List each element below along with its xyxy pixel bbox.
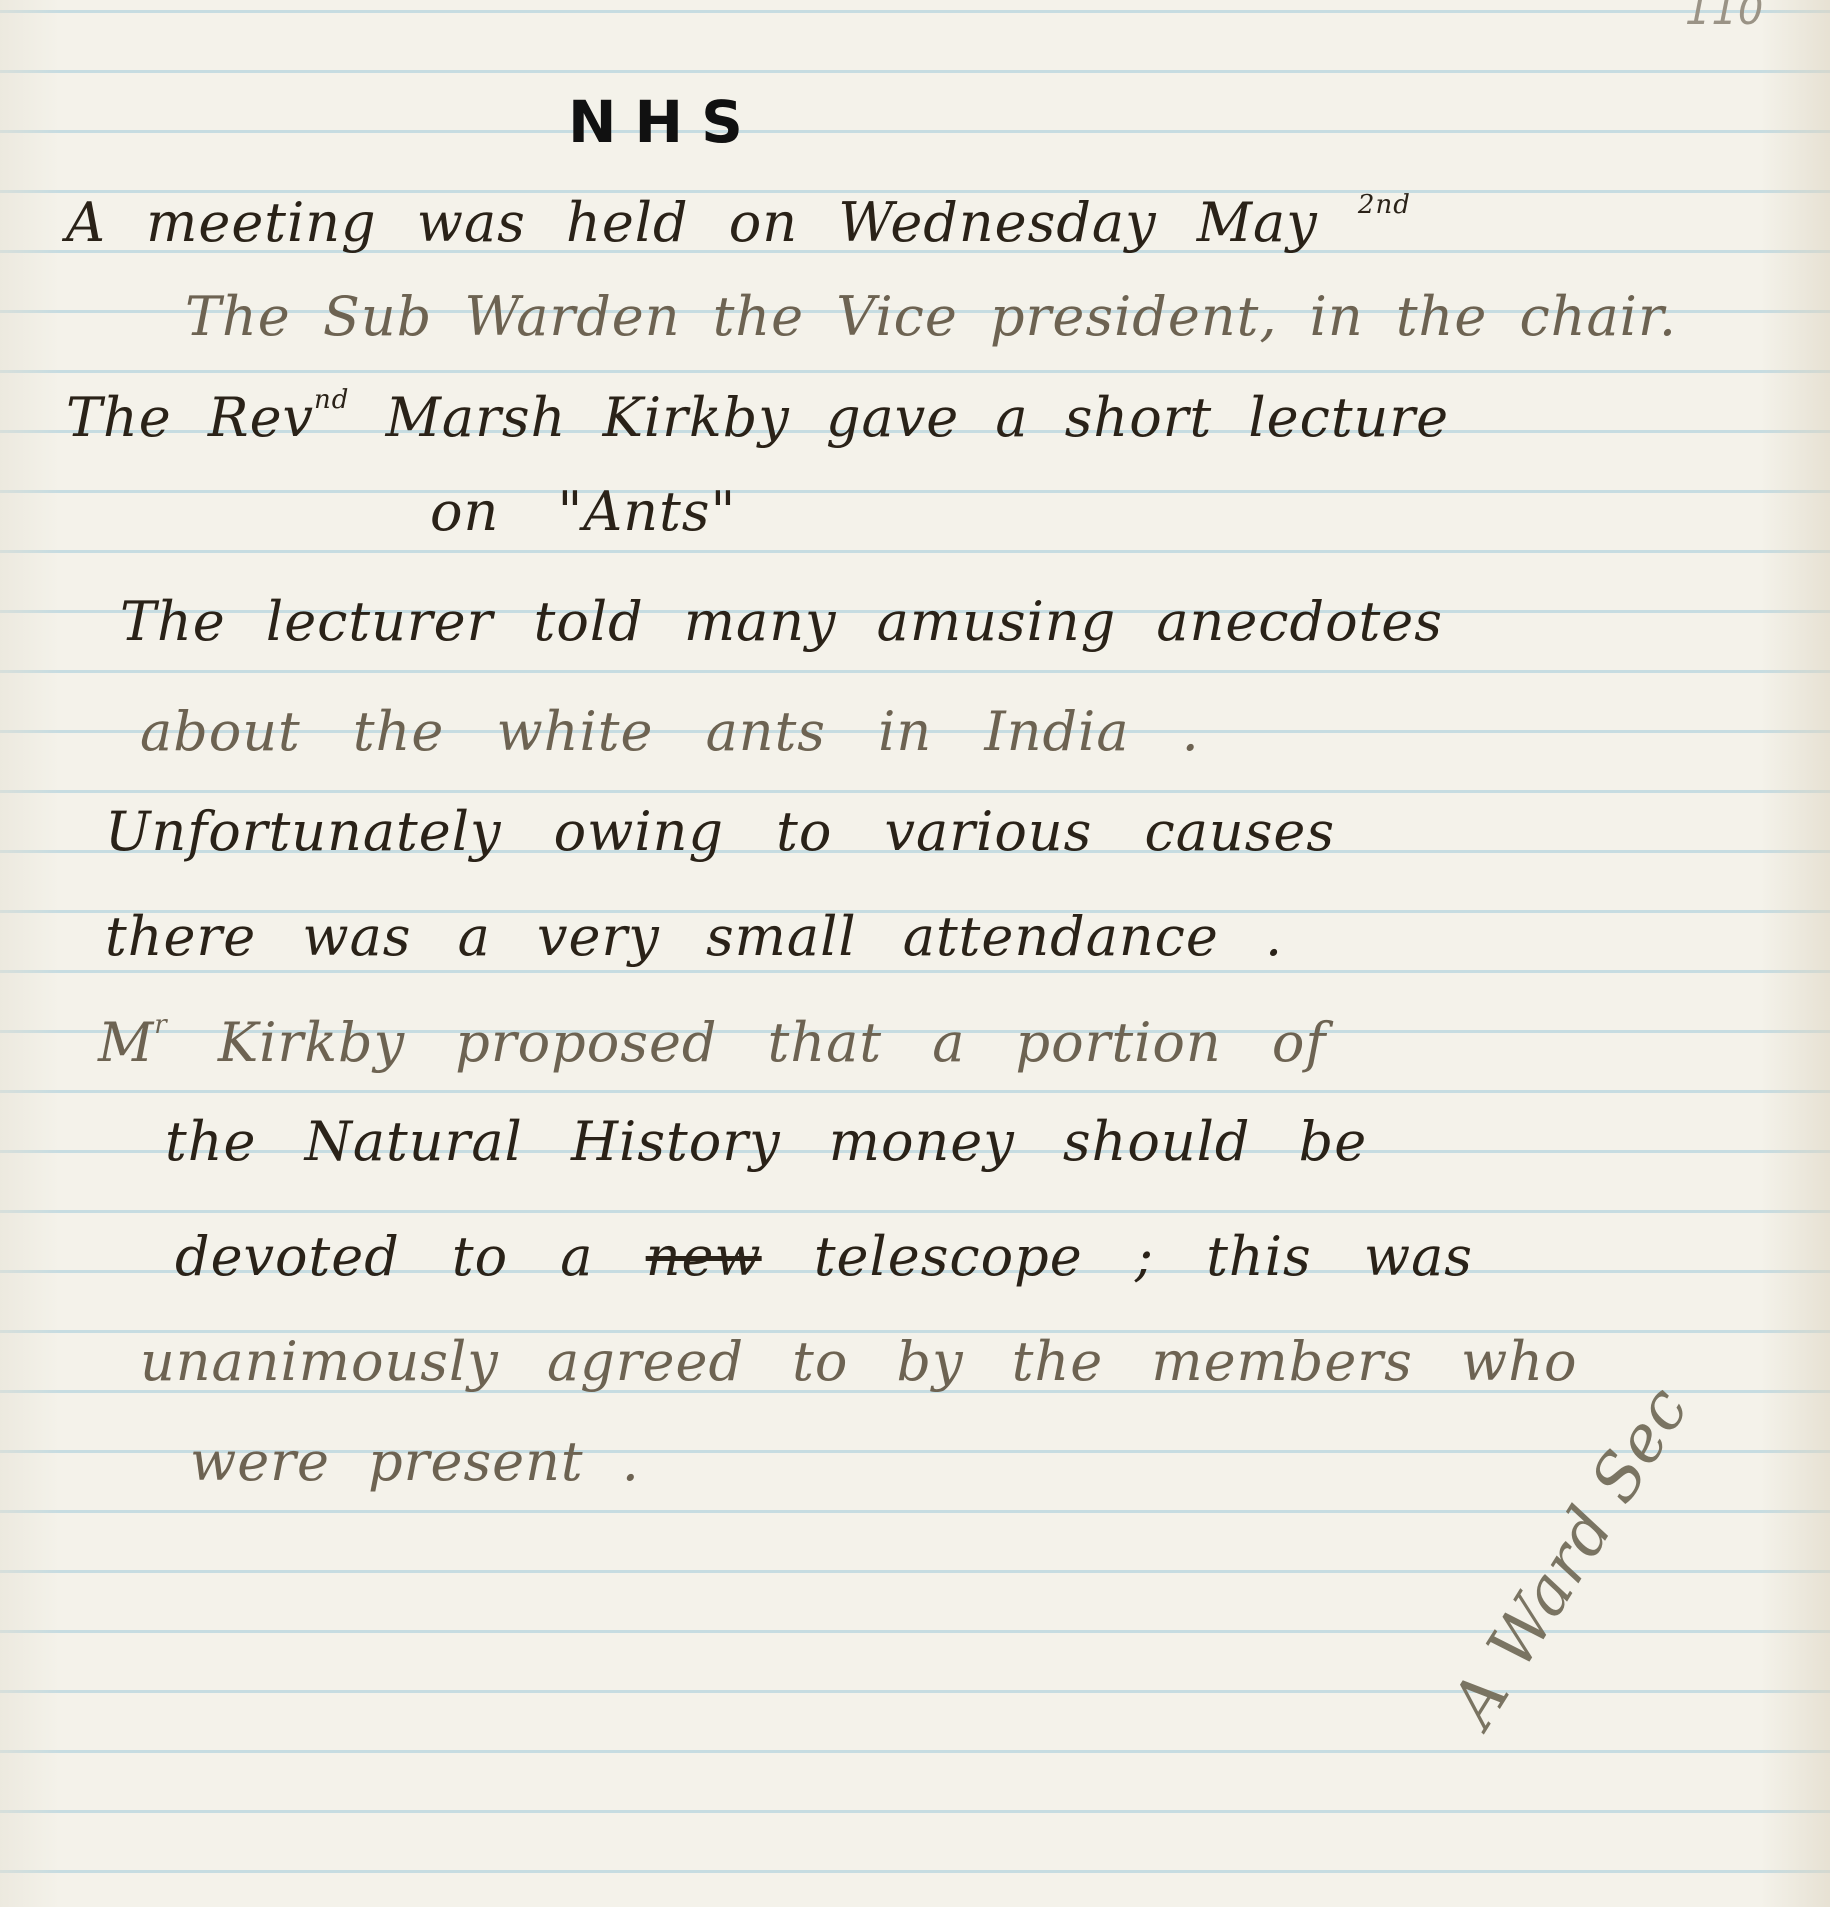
minutes-line-6: about the white ants in India . (140, 700, 1200, 763)
page-heading: NHS (568, 88, 761, 156)
line-text: The Sub Warden the Vice president, in th… (185, 285, 1677, 348)
minutes-line-11: devoted to a new telescope ; this was (175, 1225, 1473, 1288)
line-text: The lecturer told many amusing anecdotes (120, 590, 1443, 653)
line-text-after: telescope ; this was (814, 1225, 1473, 1288)
line-text: about the white ants in India . (140, 700, 1200, 763)
minutes-line-5: The lecturer told many amusing anecdotes (120, 590, 1443, 653)
line-text: Kirkby proposed that a portion of (218, 1011, 1326, 1074)
struck-word: new (646, 1225, 762, 1288)
minutes-line-7: Unfortunately owing to various causes (105, 800, 1335, 863)
minutes-line-8: there was a very small attendance . (105, 905, 1283, 968)
notebook-page: 110 NHS A meeting was held on Wednesday … (0, 0, 1830, 1907)
line-prefix: M (98, 1011, 154, 1074)
minutes-line-10: the Natural History money should be (165, 1110, 1367, 1173)
minutes-line-2: The Sub Warden the Vice president, in th… (185, 285, 1677, 348)
secretary-signature: A Ward Sec (1437, 1374, 1703, 1739)
line-text: A meeting was held on Wednesday May (66, 191, 1318, 254)
line-text: devoted to a (175, 1225, 594, 1288)
superscript: r (154, 1010, 167, 1040)
line-prefix: The Rev (66, 386, 314, 449)
line-text: Unfortunately owing to various causes (105, 800, 1335, 863)
minutes-line-9: Mr Kirkby proposed that a portion of (98, 1010, 1326, 1074)
line-text: unanimously agreed to by the members who (140, 1330, 1577, 1393)
line-text: there was a very small attendance . (105, 905, 1283, 968)
superscript: nd (314, 385, 349, 415)
minutes-line-12: unanimously agreed to by the members who (140, 1330, 1577, 1393)
line-text: Marsh Kirkby gave a short lecture (386, 386, 1450, 449)
line-text: the Natural History money should be (165, 1110, 1367, 1173)
minutes-line-3: The Revnd Marsh Kirkby gave a short lect… (66, 385, 1449, 449)
line-text: were present . (190, 1430, 640, 1493)
minutes-line-13: were present . (190, 1430, 640, 1493)
superscript: 2nd (1358, 190, 1411, 220)
page-number: 110 (1685, 0, 1764, 34)
minutes-line-1: A meeting was held on Wednesday May 2nd (66, 190, 1411, 254)
line-text: on "Ants" (430, 480, 736, 543)
minutes-line-4: on "Ants" (430, 480, 736, 543)
